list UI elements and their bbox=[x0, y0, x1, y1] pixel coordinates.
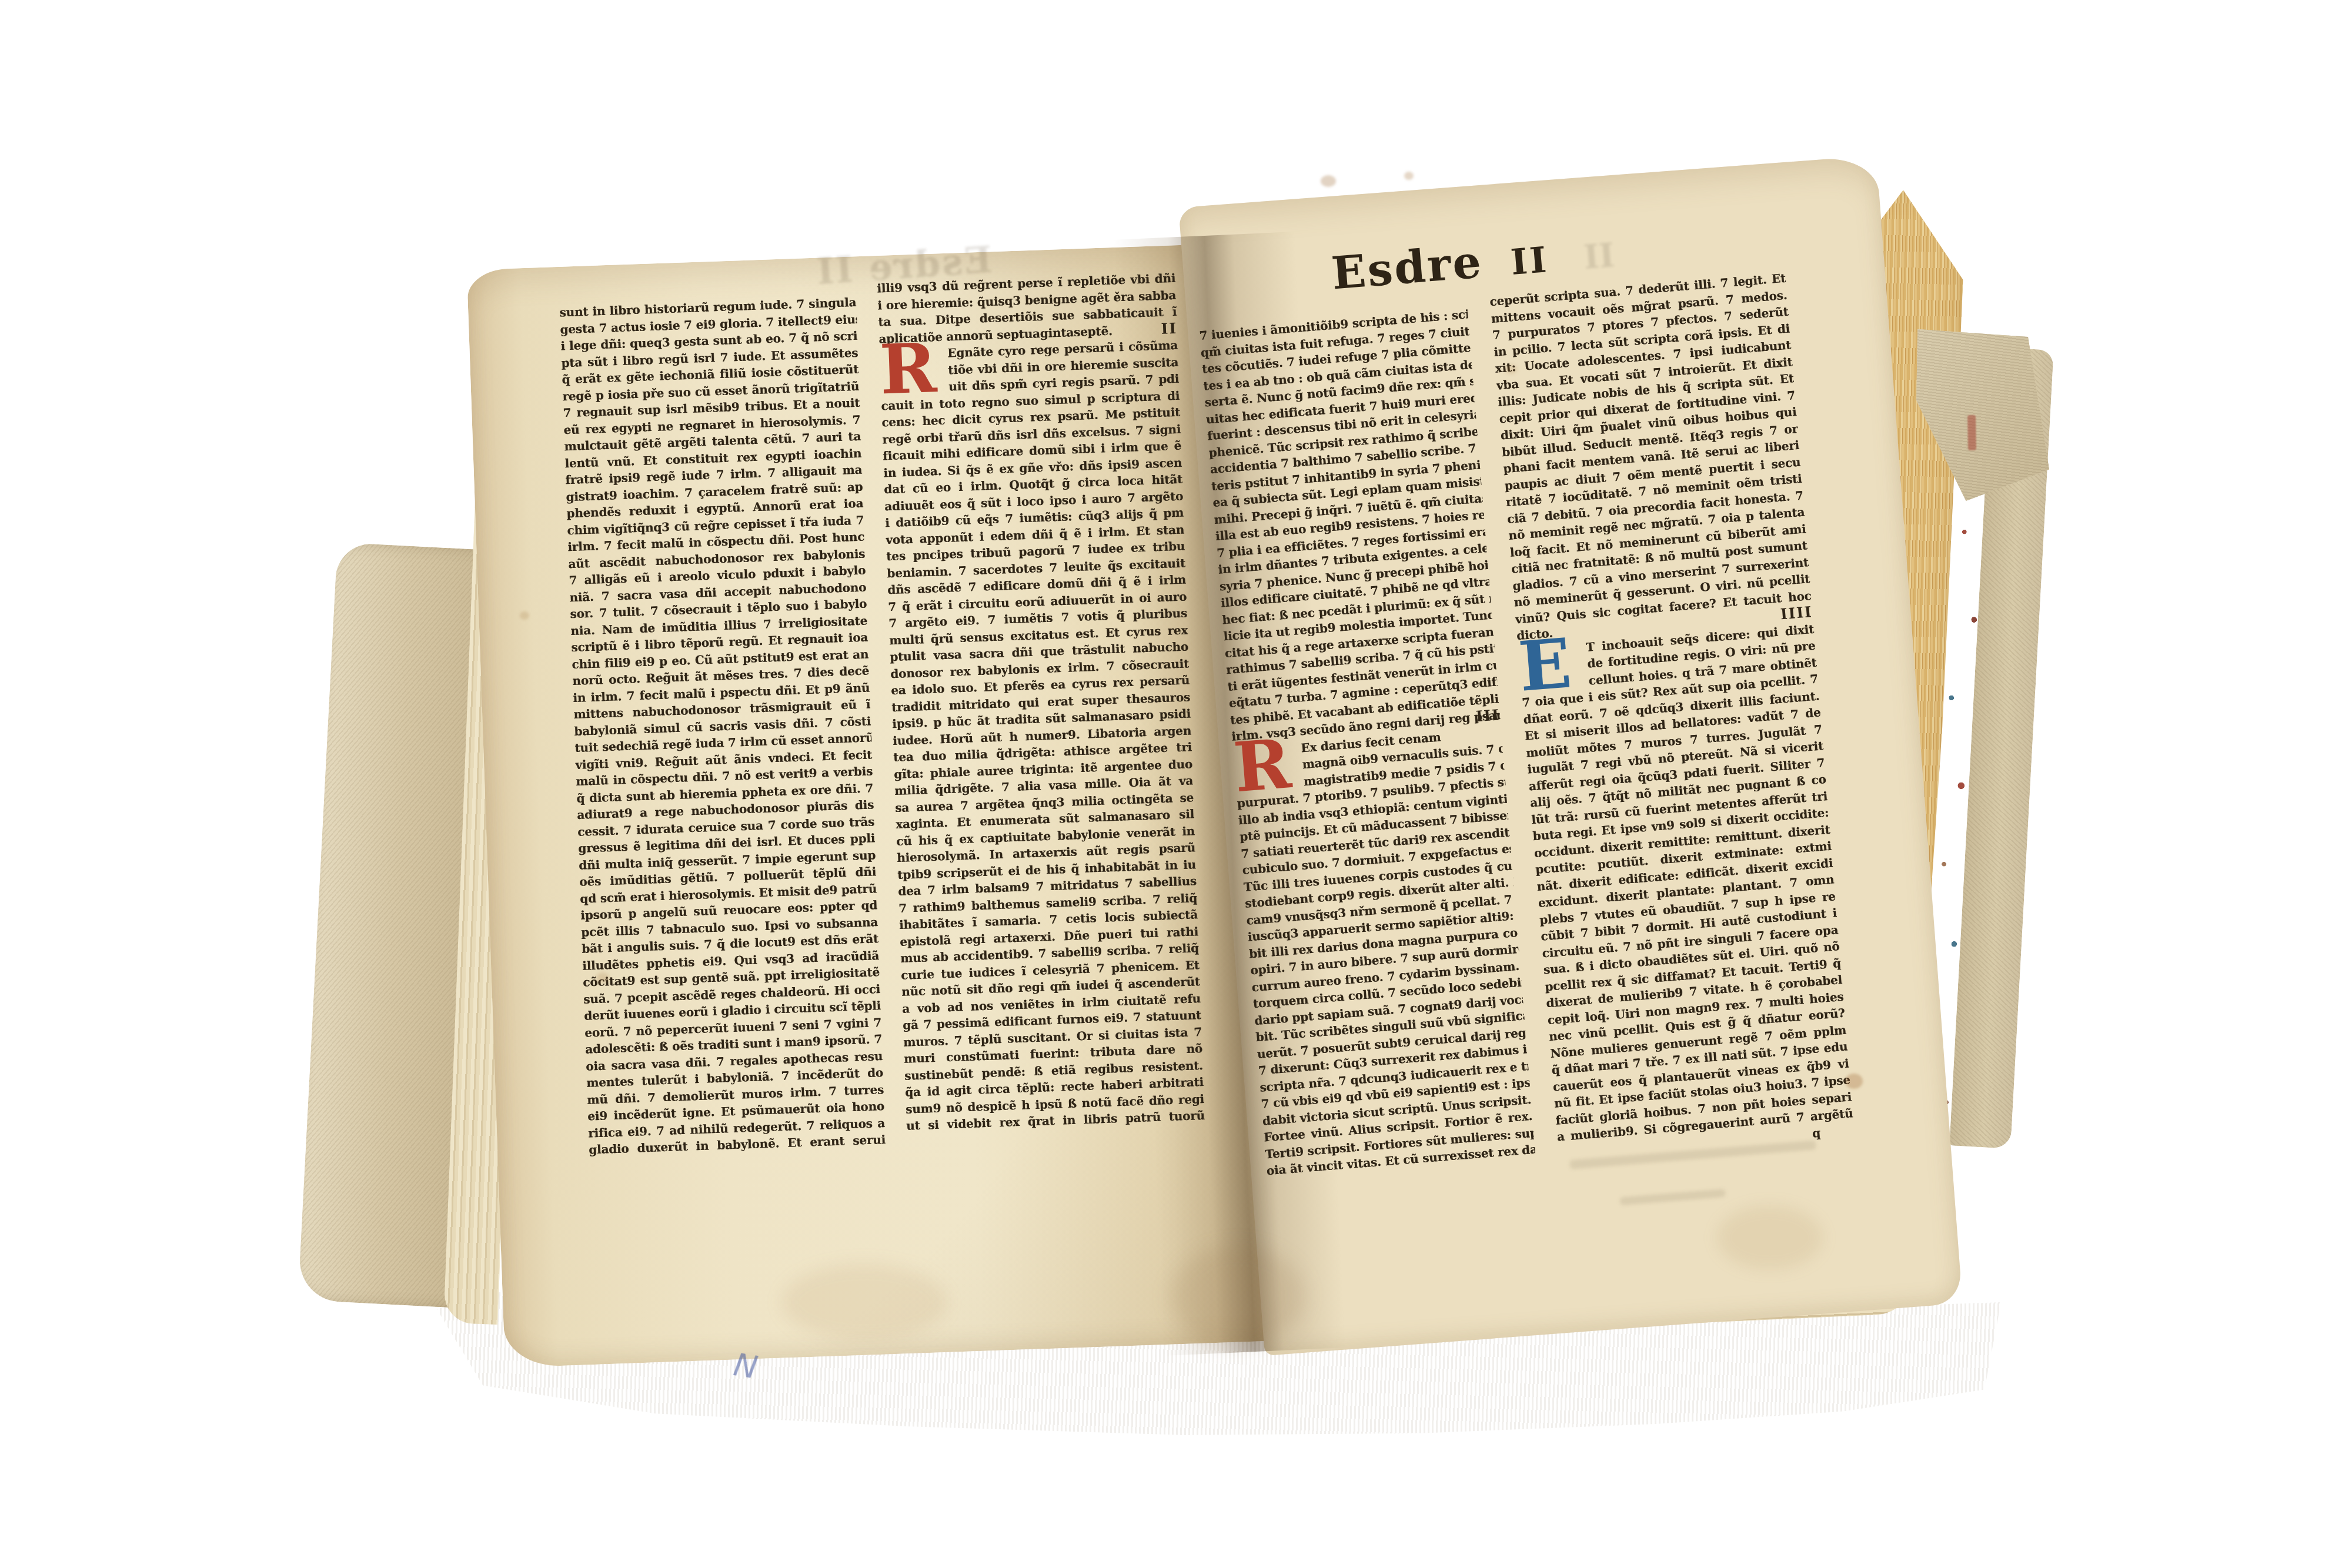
running-header-title: Esdre bbox=[1329, 235, 1485, 299]
chapter-numeral: II bbox=[1161, 320, 1177, 337]
chapter-initial: R bbox=[879, 342, 937, 396]
right-page-text: EsdreIIII 7 iuenies i ãmonitiõib9 script… bbox=[1188, 175, 1949, 1313]
left-page-text: Esdre II sunt in libro historiarũ regum … bbox=[550, 265, 1229, 1227]
chapter-initial: E bbox=[1517, 637, 1573, 694]
show-through-numeral: II bbox=[1582, 236, 1616, 277]
chapter-numeral: IIII bbox=[1780, 604, 1813, 623]
cover-corner-red-mark bbox=[1967, 415, 1976, 450]
chapter-initial: R bbox=[1232, 737, 1292, 794]
left-page-column-1: sunt in libro historiarũ regum iude. 7 s… bbox=[559, 294, 886, 1158]
foxing-spot bbox=[1321, 175, 1336, 187]
left-page-column-2: illi9 vsq3 dũ reg̃rent perse ĩ repletiõe… bbox=[877, 270, 1205, 1134]
chapter-numeral: III bbox=[1475, 707, 1501, 726]
show-through-line bbox=[1619, 1189, 1726, 1205]
foxing-spot bbox=[1404, 172, 1414, 180]
running-header-numeral: II bbox=[1509, 239, 1551, 283]
book-photograph: Esdre II sunt in libro historiarũ regum … bbox=[0, 0, 2352, 1568]
right-page-column-2: ceperũt scripta sua. 7 dederũt illi. 7 l… bbox=[1489, 270, 1855, 1162]
